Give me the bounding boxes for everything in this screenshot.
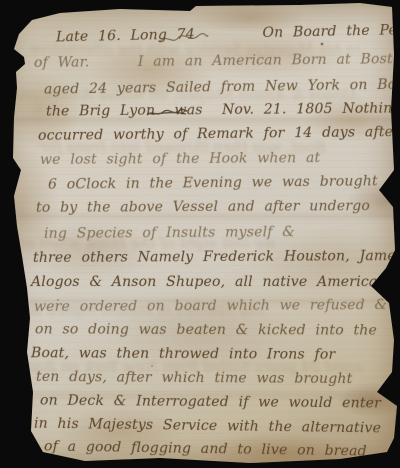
photo-background: in his Majestys Service with the alterna… [0, 0, 400, 468]
letter-paper: in his Majestys Service with the alterna… [0, 0, 400, 468]
torn-edge-shading [0, 0, 400, 468]
